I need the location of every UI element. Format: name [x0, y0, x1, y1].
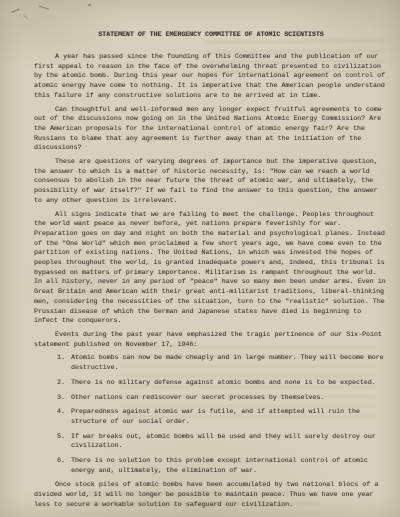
- paragraph-questions: Can thoughtful and well-informed men any…: [34, 105, 388, 154]
- document-title: STATEMENT OF THE EMERGENCY COMMITTEE OF …: [34, 30, 388, 40]
- list-item: 3. Other nations can rediscover our secr…: [57, 393, 388, 403]
- list-item-number: 6.: [57, 456, 71, 475]
- list-item-number: 4.: [57, 407, 71, 426]
- list-item-number: 3.: [57, 393, 71, 403]
- paragraph-closing: Once stock piles of atomic bombs have be…: [34, 480, 388, 509]
- paragraph-failing-challenge: All signs indicate that we are failing t…: [34, 210, 388, 326]
- paragraph-six-point-lead: Events during the past year have emphasi…: [34, 330, 388, 349]
- list-item-number: 5.: [57, 432, 71, 451]
- list-item-text: Preparedness against atomic war is futil…: [71, 407, 388, 426]
- list-item-text: Atomic bombs can now be made cheaply and…: [71, 353, 388, 372]
- list-item: 4. Preparedness against atomic war is fu…: [57, 407, 388, 426]
- list-item: 2. There is no military defense against …: [57, 378, 388, 388]
- pencil-mark: [11, 8, 22, 17]
- list-item-number: 2.: [57, 378, 71, 388]
- list-item-text: There is no military defense against ato…: [71, 378, 388, 388]
- list-item: 6. There is no solution to this problem …: [57, 456, 388, 475]
- pencil-mark: [37, 6, 49, 16]
- list-item-text: If war breaks out, atomic bombs will be …: [71, 432, 388, 451]
- paragraph-intro: A year has passed since the founding of …: [34, 52, 388, 101]
- paragraph-imperative-question: These are questions of varying degrees o…: [34, 157, 388, 206]
- list-item-number: 1.: [57, 353, 71, 372]
- pencil-mark: [88, 4, 91, 6]
- list-item-text: There is no solution to this problem exc…: [71, 456, 388, 475]
- list-item-text: Other nations can rediscover our secret …: [71, 393, 388, 403]
- six-point-list: 1. Atomic bombs can now be made cheaply …: [34, 353, 388, 475]
- list-item: 5. If war breaks out, atomic bombs will …: [57, 432, 388, 451]
- pencil-mark: [21, 15, 27, 21]
- list-item: 1. Atomic bombs can now be made cheaply …: [57, 353, 388, 372]
- document-page: STATEMENT OF THE EMERGENCY COMMITTEE OF …: [0, 0, 400, 517]
